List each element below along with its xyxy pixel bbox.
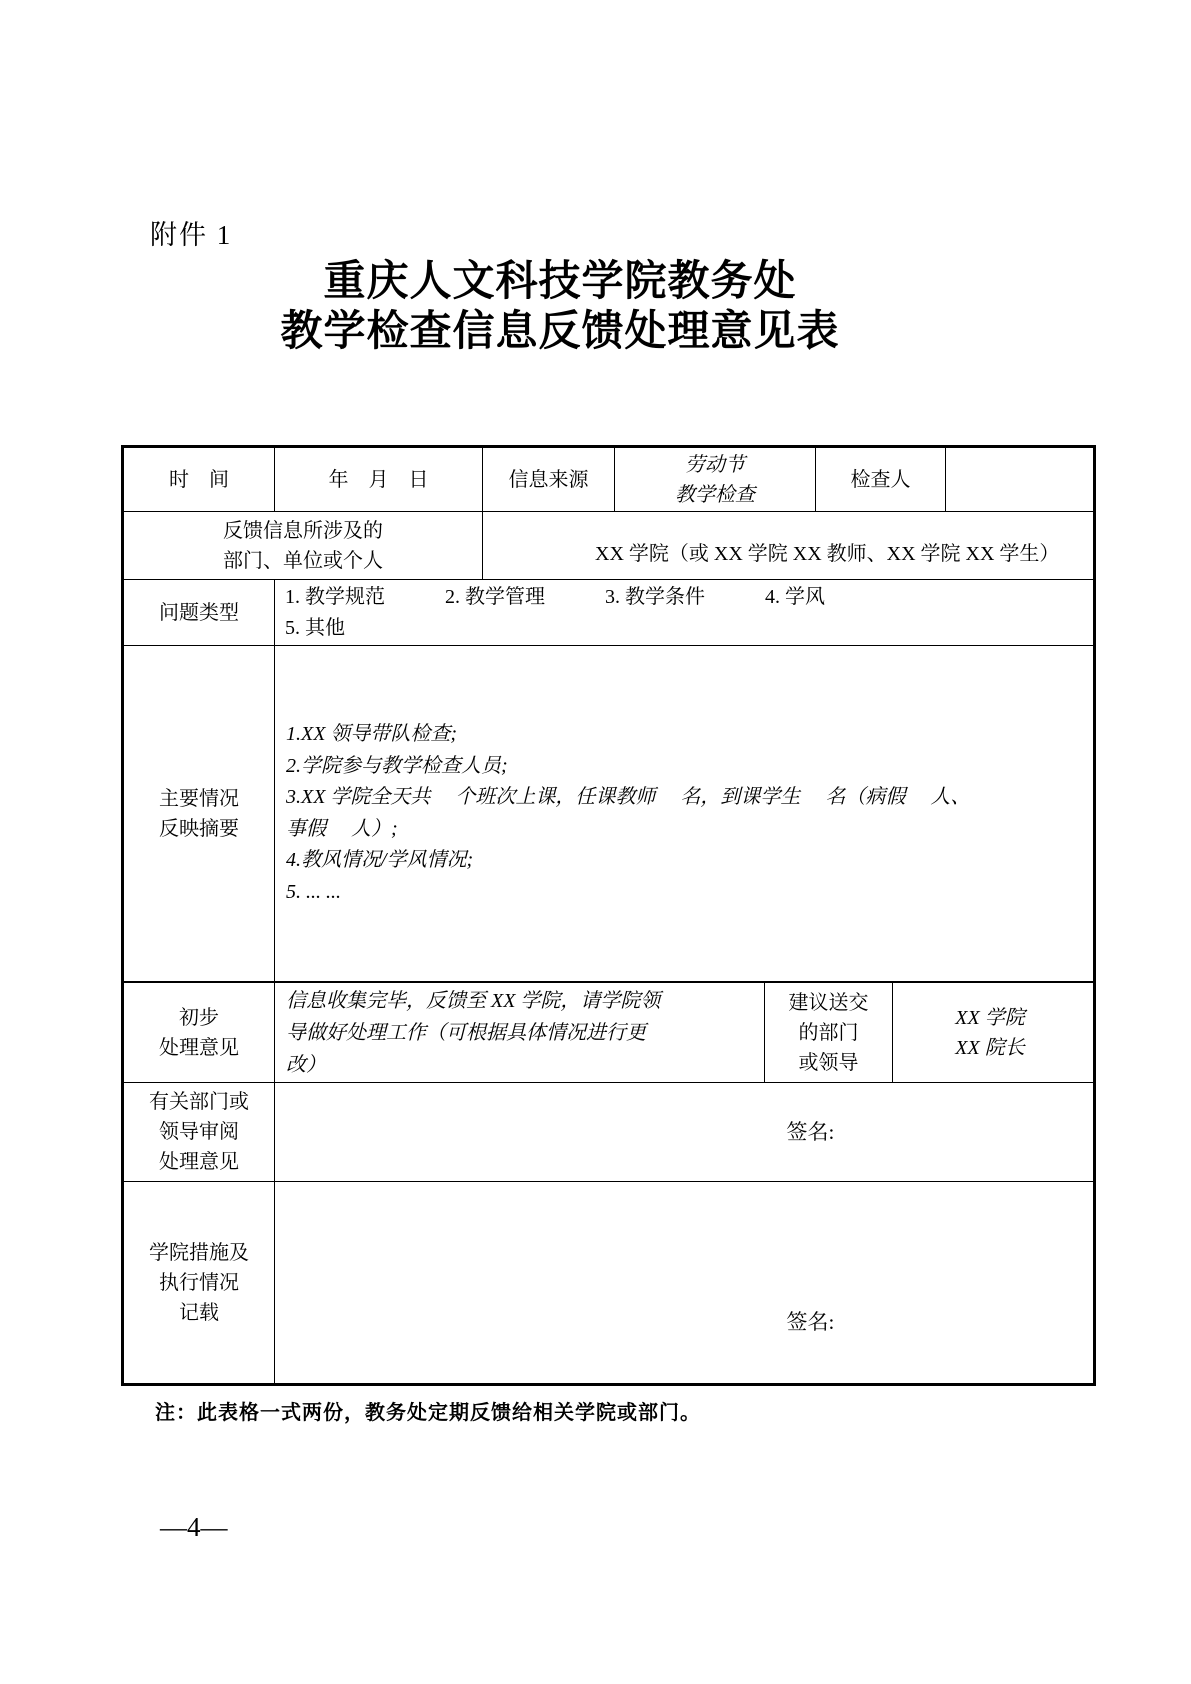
row-measures: 学院措施及 执行情况 记载 签名: [124, 1182, 1093, 1383]
review-label-cell: 有关部门或 领导审阅 处理意见 [124, 1083, 275, 1181]
review-content-cell: 签名: [275, 1083, 1087, 1181]
problem-type-label-cell: 问题类型 [124, 580, 275, 645]
footnote: 注：此表格一式两份，教务处定期反馈给相关学院或部门。 [155, 1396, 701, 1425]
row-initial-opinion: 初步 处理意见 信息收集完毕，反馈至 XX 学院，请学院领 导做好处理工作（可根… [124, 983, 1093, 1083]
attachment-label: 附件 1 [150, 213, 232, 252]
row-problem-type: 问题类型 1. 教学规范 2. 教学管理 3. 教学条件 4. 学风 5. 其他 [124, 580, 1093, 646]
title-line-1: 重庆人文科技学院教务处 [0, 257, 1120, 307]
feedback-form-table: 时 间 年 月 日 信息来源 劳动节 教学检查 检查人 反馈信息所涉及的 部门、… [121, 445, 1096, 1386]
row-summary: 主要情况 反映摘要 1.XX 领导带队检查; 2.学院参与教学检查人员; 3.X… [124, 646, 1093, 983]
title-line-2: 教学检查信息反馈处理意见表 [0, 307, 1120, 357]
measures-label-cell: 学院措施及 执行情况 记载 [124, 1182, 275, 1383]
involved-label-cell: 反馈信息所涉及的 部门、单位或个人 [124, 512, 483, 579]
inspector-label-cell: 检查人 [816, 448, 946, 511]
suggest-send-value-cell: XX 学院 XX 院长 [893, 983, 1087, 1082]
problem-type-options-cell: 1. 教学规范 2. 教学管理 3. 教学条件 4. 学风 5. 其他 [275, 580, 1087, 645]
document-title: 重庆人文科技学院教务处 教学检查信息反馈处理意见表 [0, 257, 1120, 357]
row-involved: 反馈信息所涉及的 部门、单位或个人 XX 学院（或 XX 学院 XX 教师、XX… [124, 512, 1093, 580]
info-source-value-cell: 劳动节 教学检查 [615, 448, 816, 511]
involved-value-cell: XX 学院（或 XX 学院 XX 教师、XX 学院 XX 学生） [483, 512, 1087, 579]
row-time: 时 间 年 月 日 信息来源 劳动节 教学检查 检查人 [124, 448, 1093, 512]
suggest-send-label-cell: 建议送交 的部门 或领导 [765, 983, 893, 1082]
initial-opinion-content-cell: 信息收集完毕，反馈至 XX 学院，请学院领 导做好处理工作（可根据具体情况进行更… [275, 983, 765, 1082]
time-value-cell: 年 月 日 [275, 448, 483, 511]
summary-label-cell: 主要情况 反映摘要 [124, 646, 275, 981]
summary-content-cell: 1.XX 领导带队检查; 2.学院参与教学检查人员; 3.XX 学院全天共 个班… [275, 646, 1087, 981]
initial-opinion-label-cell: 初步 处理意见 [124, 983, 275, 1082]
info-source-label-cell: 信息来源 [483, 448, 615, 511]
inspector-value-cell [946, 448, 1087, 511]
row-review: 有关部门或 领导审阅 处理意见 签名: [124, 1083, 1093, 1182]
time-label-cell: 时 间 [124, 448, 275, 511]
signature-label: 签名: [787, 1117, 835, 1147]
measures-content-cell: 签名: [275, 1182, 1087, 1383]
page-number: —4— [160, 1512, 228, 1543]
document-page: 附件 1 重庆人文科技学院教务处 教学检查信息反馈处理意见表 时 间 年 月 日… [0, 0, 1191, 1684]
signature-label: 签名: [787, 1307, 835, 1337]
